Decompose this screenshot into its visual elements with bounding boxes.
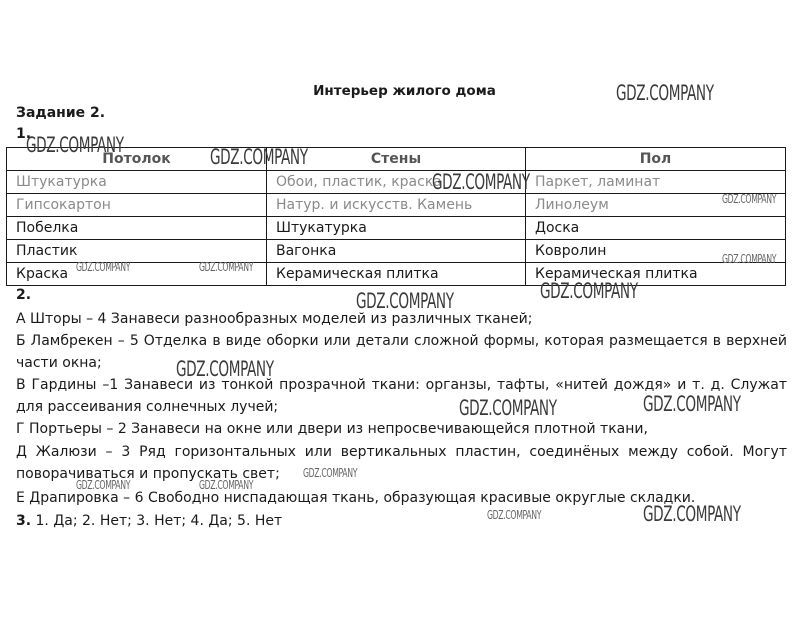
watermark: GDZ.COMPANY <box>487 508 541 522</box>
matching-item-g: Г Портьеры – 2 Занавеси на окне или двер… <box>16 418 787 440</box>
watermark: GDZ.COMPANY <box>76 260 130 274</box>
task-heading: Задание 2. <box>16 105 105 121</box>
section-3-number: 3. <box>16 513 31 529</box>
watermark: GDZ.COMPANY <box>540 279 638 303</box>
table-row: Гипсокартон Натур. и искусств. Камень Ли… <box>7 194 786 217</box>
matching-item-b: Б Ламбрекен – 5 Отделка в виде оборки ил… <box>16 330 787 374</box>
header-floor: Пол <box>526 148 786 171</box>
table-cell: Натур. и искусств. Камень <box>267 194 526 217</box>
document-page: Интерьер жилого дома Задание 2. 1. Потол… <box>0 0 809 631</box>
table-row: Побелка Штукатурка Доска <box>7 217 786 240</box>
table-cell: Гипсокартон <box>7 194 267 217</box>
watermark: GDZ.COMPANY <box>199 260 253 274</box>
section-3-answers: 3. 1. Да; 2. Нет; 3. Нет; 4. Да; 5. Нет <box>16 510 282 532</box>
table-cell: Паркет, ламинат <box>526 171 786 194</box>
table-cell: Доска <box>526 217 786 240</box>
watermark: GDZ.COMPANY <box>459 396 557 420</box>
section-3-answer-text: 1. Да; 2. Нет; 3. Нет; 4. Да; 5. Нет <box>36 513 283 529</box>
watermark: GDZ.COMPANY <box>356 289 454 313</box>
section-2-number: 2. <box>16 287 31 303</box>
watermark: GDZ.COMPANY <box>26 133 124 157</box>
table-row: Штукатурка Обои, пластик, краска Паркет,… <box>7 171 786 194</box>
watermark: GDZ.COMPANY <box>722 252 776 266</box>
watermark: GDZ.COMPANY <box>722 192 776 206</box>
table-cell: Штукатурка <box>7 171 267 194</box>
table-cell: Штукатурка <box>267 217 526 240</box>
watermark: GDZ.COMPANY <box>210 145 308 169</box>
watermark: GDZ.COMPANY <box>432 170 530 194</box>
watermark: GDZ.COMPANY <box>199 478 253 492</box>
title-text: Интерьер жилого дома <box>313 83 496 99</box>
watermark: GDZ.COMPANY <box>643 502 741 526</box>
watermark: GDZ.COMPANY <box>303 466 357 480</box>
table-cell: Керамическая плитка <box>267 263 526 286</box>
table-cell: Побелка <box>7 217 267 240</box>
watermark: GDZ.COMPANY <box>643 392 741 416</box>
watermark: GDZ.COMPANY <box>176 357 274 381</box>
matching-item-d: Д Жалюзи – 3 Ряд горизонтальных или верт… <box>16 441 787 485</box>
watermark: GDZ.COMPANY <box>76 478 130 492</box>
watermark: GDZ.COMPANY <box>616 81 714 105</box>
table-cell: Вагонка <box>267 240 526 263</box>
